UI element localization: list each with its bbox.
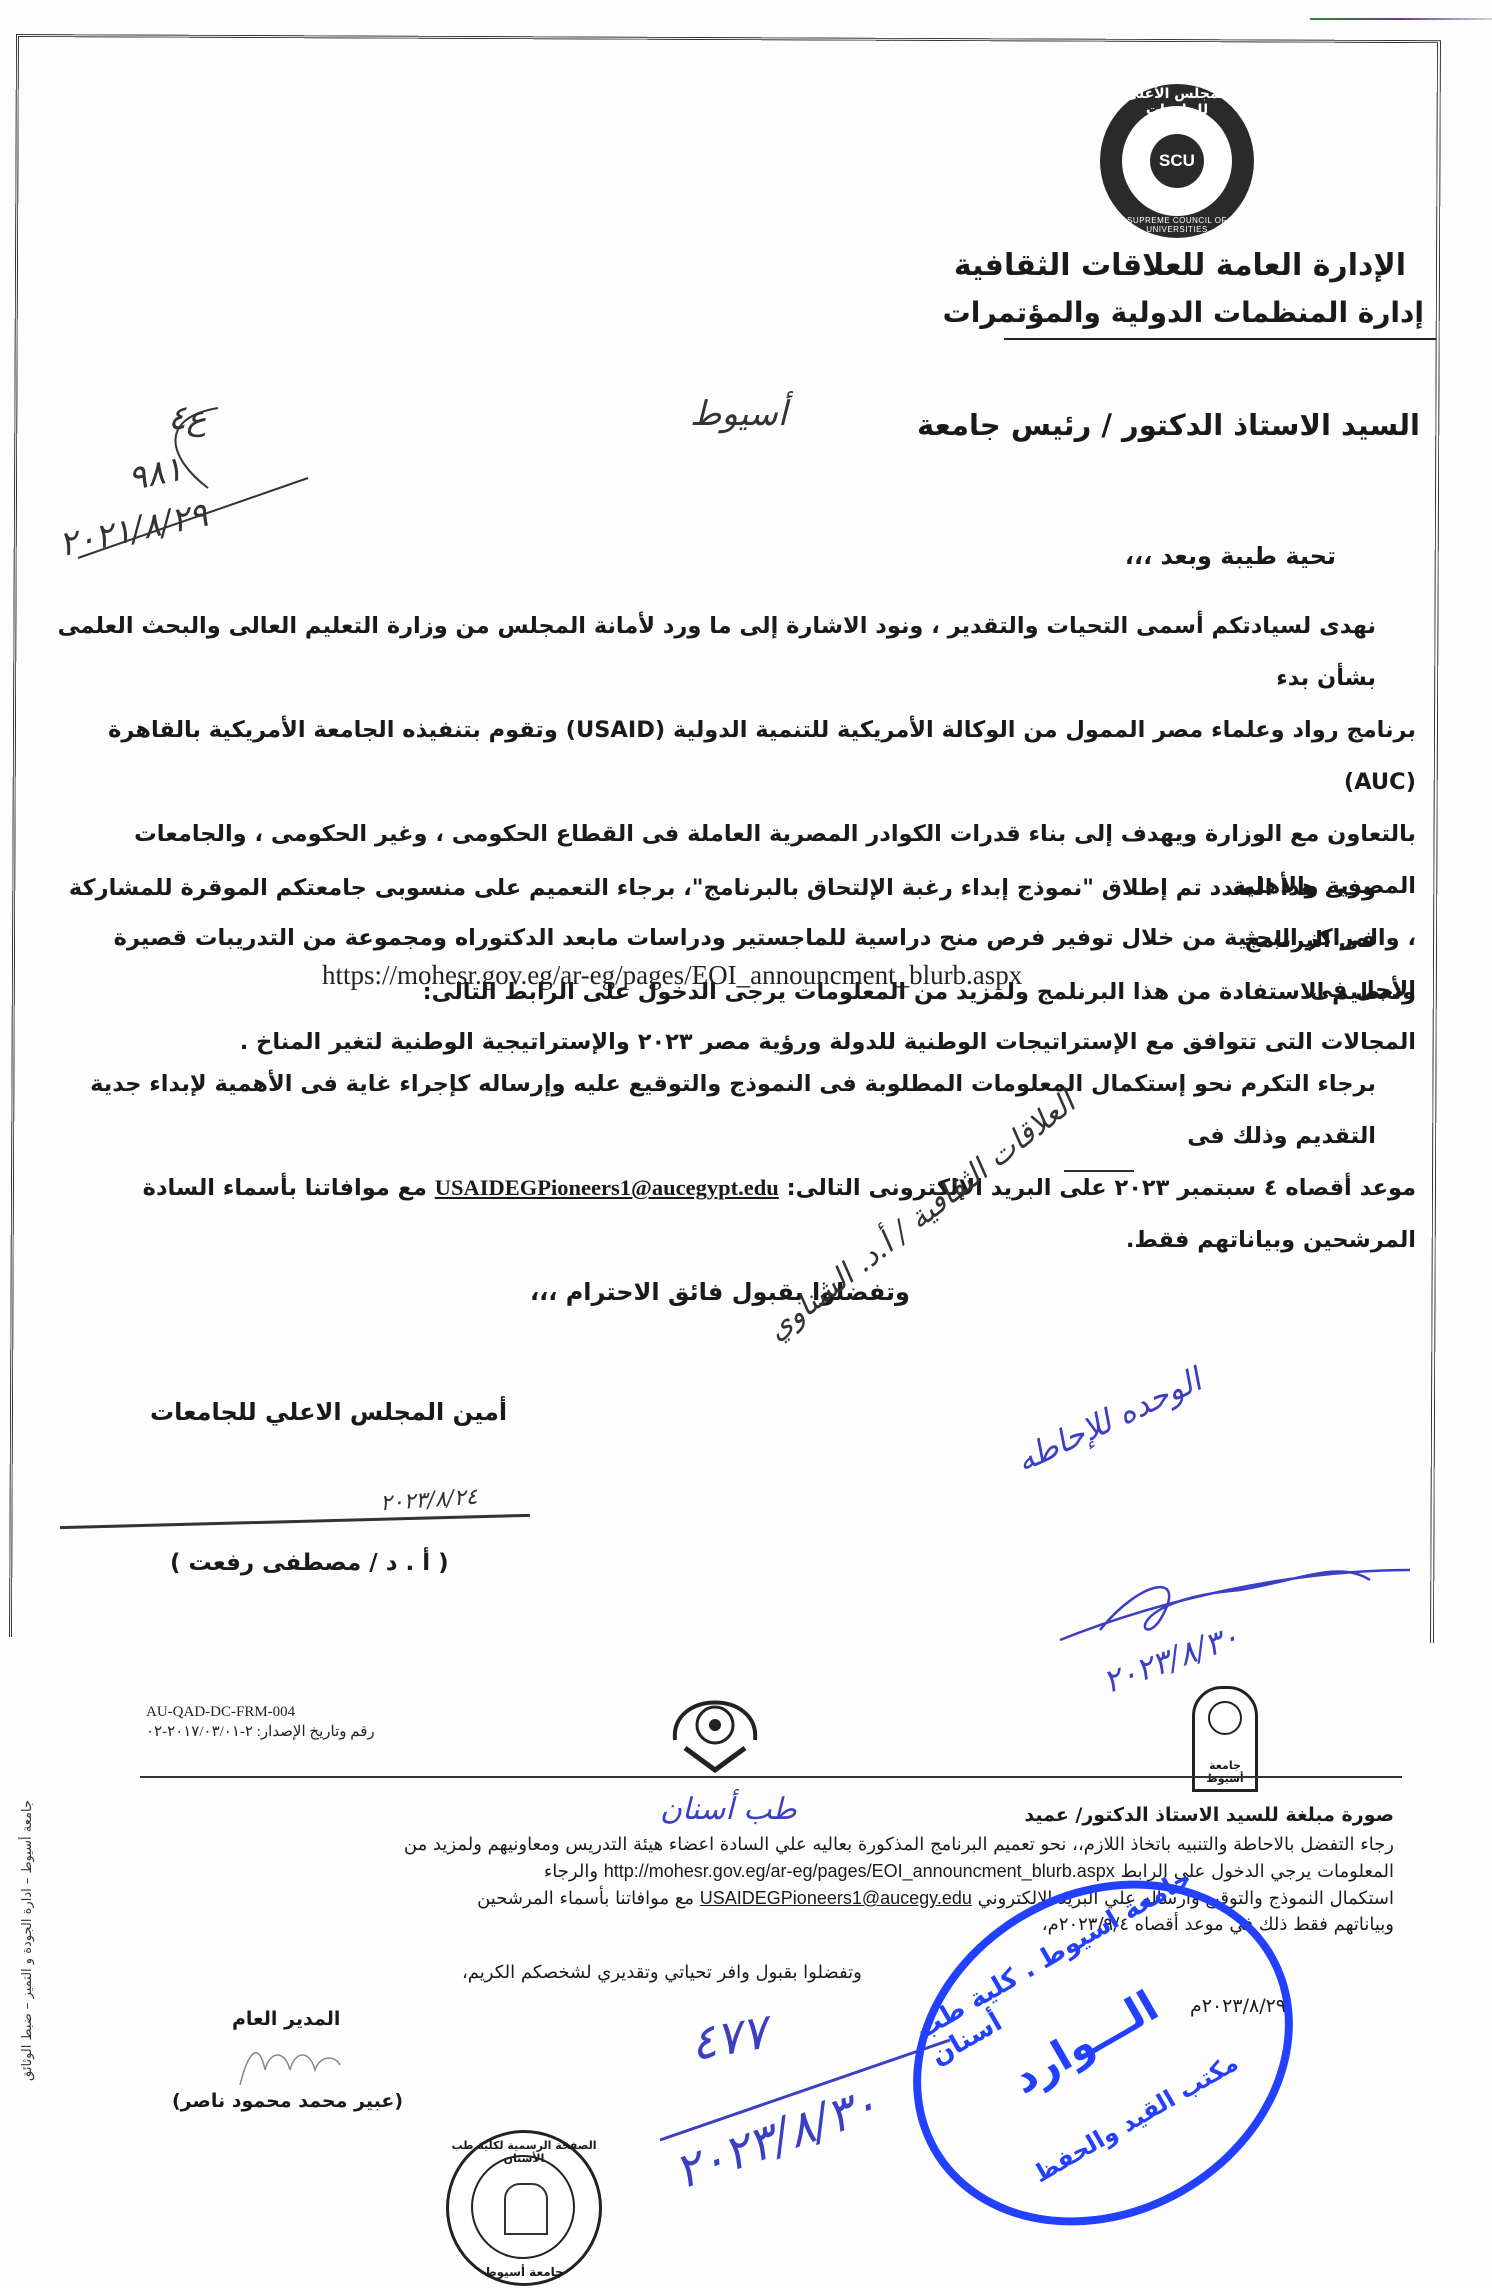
body-line: برجاء التكرم نحو إستكمال المعلومات المطل… bbox=[56, 1058, 1416, 1162]
side-document-control-label: جامعة أسيوط – ادارة الجودة و التميز – ضب… bbox=[20, 1800, 35, 2100]
body-paragraph-2: وفى هذا الصدد تم إطلاق "نموذج إبداء رغبة… bbox=[56, 862, 1416, 1018]
logo-sun-icon bbox=[1208, 1701, 1242, 1735]
director-name: (عبير محمد محمود ناصر) bbox=[172, 2090, 403, 2112]
form-code: AU-QAD-DC-FRM-004 bbox=[146, 1704, 295, 1721]
scan-edge-line bbox=[1310, 18, 1492, 20]
logo-university-text: جامعة أسيوط bbox=[1195, 1759, 1255, 1785]
cc-email-link[interactable]: USAIDEGPioneers1@aucegy.edu bbox=[700, 1888, 972, 1908]
scu-logo: المجلس الأعلى للجامعات SCU SUPREME COUNC… bbox=[1100, 84, 1254, 238]
cc-closing: وتفضلوا بقبول وافر تحياتي وتقديري لشخصكم… bbox=[462, 1962, 862, 1983]
cc-handwritten-faculty: طب أسنان bbox=[660, 1792, 797, 1827]
cc-title: صورة مبلغة للسيد الاستاذ الدكتور/ عميد bbox=[1024, 1804, 1394, 1826]
signatory-name: ( أ . د / مصطفى رفعت ) bbox=[170, 1550, 449, 1576]
deadline-text: موعد أقصاه ٤ سبتمبر ٢٠٢٣ على البريد الإل… bbox=[787, 1175, 1416, 1201]
cc-text: والرجاء bbox=[544, 1861, 598, 1882]
cc-program-link[interactable]: http://mohesr.gov.eg/ar-eg/pages/EOI_ann… bbox=[604, 1861, 1115, 1881]
body-line: نهدى لسيادتكم أسمى التحيات والتقدير ، ون… bbox=[56, 600, 1416, 704]
stamp-bottom-text: جامعة أسيوط bbox=[449, 2265, 599, 2279]
logo-english-arc: SUPREME COUNCIL OF UNIVERSITIES bbox=[1100, 216, 1254, 234]
sub-department-title: إدارة المنظمات الدولية والمؤتمرات bbox=[943, 296, 1424, 329]
body-line: برنامج رواد وعلماء مصر الممول من الوكالة… bbox=[56, 704, 1416, 808]
form-issue-date: رقم وتاريخ الإصدار: ٢-٢٠١٧/٠٣/٠١-٠٢ bbox=[146, 1722, 375, 1741]
signatory-title: أمين المجلس الاعلي للجامعات bbox=[150, 1398, 507, 1426]
handwritten-underline bbox=[1064, 1170, 1134, 1172]
body-text: مع موافاتنا بأسماء السادة bbox=[143, 1175, 427, 1201]
cc-text: مع موافاتنا بأسماء المرشحين bbox=[477, 1888, 694, 1909]
faculty-official-stamp: الصفحة الرسمية لكلية طب الأسنان جامعة أس… bbox=[446, 2130, 602, 2286]
body-line: وفى هذا الصدد تم إطلاق "نموذج إبداء رغبة… bbox=[56, 862, 1416, 966]
tooth-icon bbox=[504, 2183, 548, 2235]
logo-center: SCU bbox=[1150, 134, 1204, 188]
body-paragraph-3: برجاء التكرم نحو إستكمال المعلومات المطل… bbox=[56, 1058, 1416, 1266]
director-title: المدير العام bbox=[232, 2008, 340, 2030]
reference-divider-icon bbox=[58, 398, 328, 578]
program-link[interactable]: https://mohesr.gov.eg/ar-eg/pages/EOI_an… bbox=[322, 960, 1022, 991]
director-signature-icon bbox=[230, 2040, 350, 2090]
handwritten-reference: ع٤ ٩٨١ ٢٠٢١/٨/٢٩ bbox=[58, 398, 328, 578]
department-title: الإدارة العامة للعلاقات الثقافية bbox=[954, 248, 1406, 283]
footer-divider bbox=[140, 1776, 1402, 1778]
application-email-link[interactable]: USAIDEGPioneers1@aucegypt.edu bbox=[435, 1175, 779, 1200]
body-line: موعد أقصاه ٤ سبتمبر ٢٠٢٣ على البريد الإل… bbox=[56, 1162, 1416, 1214]
header-divider bbox=[1004, 338, 1436, 340]
greeting: تحية طيبة وبعد ،،، bbox=[1125, 542, 1336, 570]
addressee: السيد الاستاذ الدكتور / رئيس جامعة bbox=[917, 408, 1420, 442]
cultural-relations-logo bbox=[660, 1670, 770, 1782]
body-line: المرشحين وبياناتهم فقط. bbox=[56, 1214, 1416, 1266]
handwritten-university-name: أسيوط bbox=[690, 394, 787, 434]
